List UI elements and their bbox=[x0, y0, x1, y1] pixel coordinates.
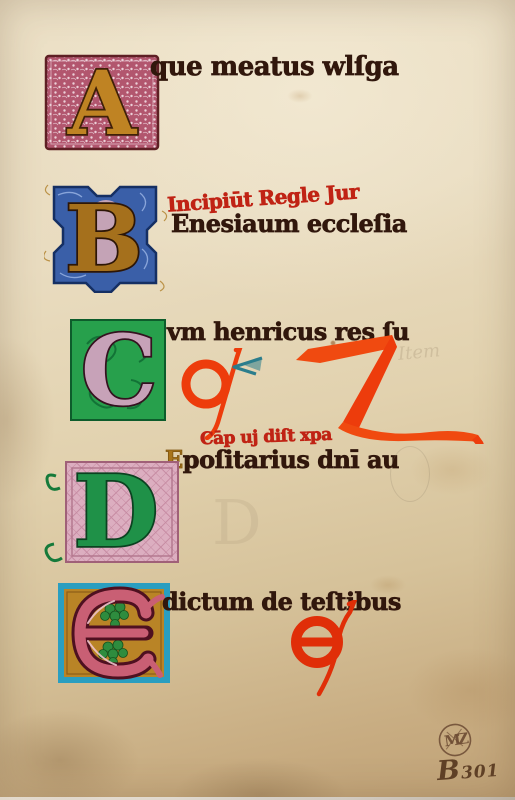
script-line-4: Epoſitarius dnī au bbox=[165, 445, 399, 474]
manuscript-leaf: A que meatus wlſga B Incipiūt Regle Jur … bbox=[0, 0, 515, 800]
illuminated-initial-b: B bbox=[44, 181, 168, 293]
red-letter-e bbox=[291, 600, 361, 702]
illuminated-initial-a: A bbox=[44, 54, 160, 152]
initial-letter-c: C bbox=[81, 318, 157, 422]
script-line-1: que meatus wlſga bbox=[150, 52, 399, 82]
initial-letter-d: D bbox=[74, 458, 159, 566]
initial-letter-a: A bbox=[67, 54, 138, 152]
pencil-sketch-letter: D bbox=[212, 486, 262, 559]
script-line-5: dictum de teſtibus bbox=[162, 587, 401, 616]
shelfmark-number: B301 bbox=[436, 752, 500, 787]
initial-letter-b: B bbox=[65, 185, 143, 293]
illuminated-initial-d: D bbox=[42, 458, 182, 566]
illuminated-initial-e bbox=[58, 583, 174, 685]
script-line-4-rest: poſitarius dnī au bbox=[183, 445, 399, 474]
teal-dart-mark bbox=[230, 356, 264, 378]
illuminated-initial-c: C bbox=[69, 318, 167, 422]
script-line-2: Enesiaum eccleſia bbox=[171, 209, 407, 238]
